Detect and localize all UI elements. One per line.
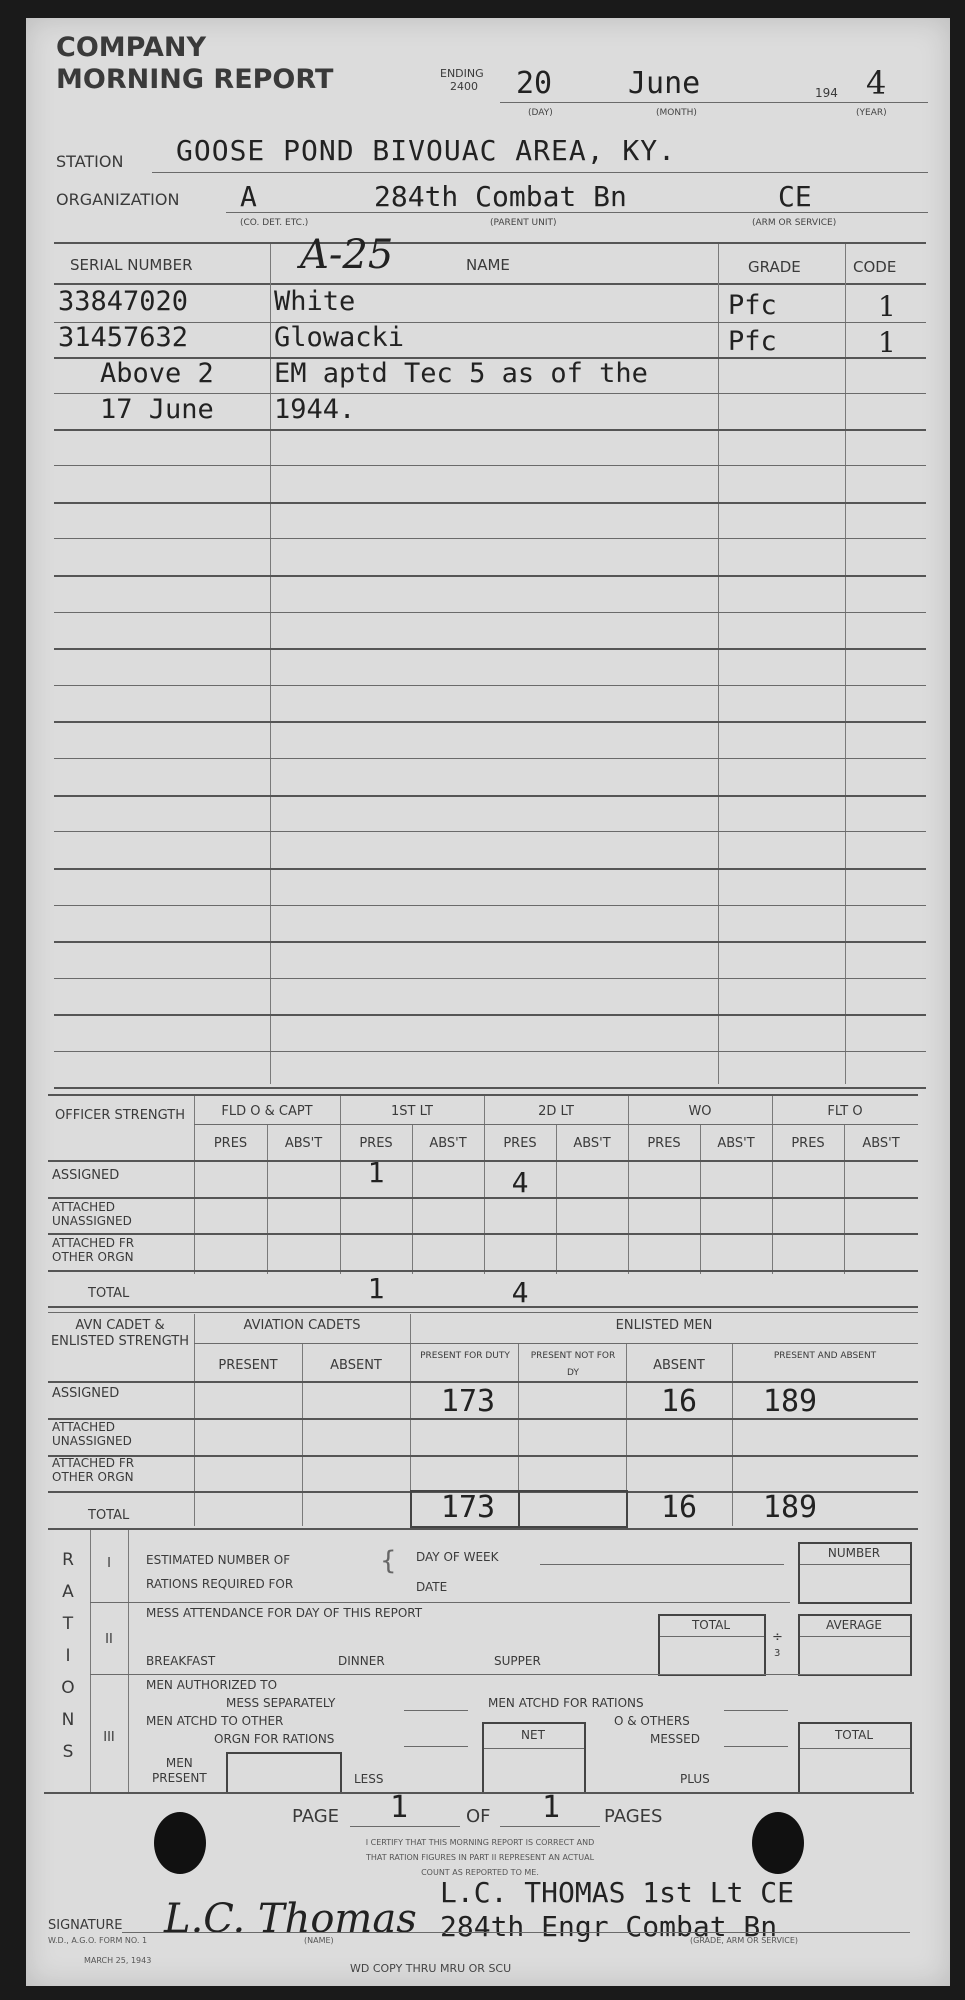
plus-label: PLUS — [680, 1772, 710, 1786]
group-fld-o-capt: FLD O & CAPT — [194, 1104, 340, 1119]
mess-separately-field[interactable] — [404, 1710, 468, 1711]
page-label: PAGE — [292, 1806, 339, 1827]
date-label: DATE — [416, 1580, 447, 1594]
row-rule — [54, 868, 926, 870]
col-cadets-present: PRESENT — [194, 1358, 302, 1373]
col-present-not-for-dy: PRESENT NOT FOR DY — [526, 1348, 620, 1382]
report-month: June — [628, 66, 700, 101]
form-date: MARCH 25, 1943 — [84, 1956, 151, 1965]
signer-name-grade: L.C. THOMAS 1st Lt CE — [440, 1876, 794, 1909]
row-attached-fr-label: ATTACHED FR OTHER ORGN — [52, 1456, 172, 1484]
station-underline — [152, 172, 928, 173]
sub-abst: ABS'T — [556, 1136, 628, 1151]
row-total-label: TOTAL — [88, 1286, 129, 1301]
row-rule — [54, 575, 926, 577]
soldier-name: Glowacki — [274, 322, 404, 353]
number-label: NUMBER — [798, 1546, 910, 1560]
grid-line — [48, 1455, 918, 1457]
of-label: OF — [466, 1806, 491, 1827]
group-wo: WO — [628, 1104, 772, 1119]
col-serial-number: SERIAL NUMBER — [70, 256, 193, 274]
punch-hole-right — [752, 1812, 804, 1874]
rations-letter: R — [56, 1544, 80, 1576]
divide-icon: ÷ — [772, 1630, 783, 1645]
sub-pres: PRES — [484, 1136, 556, 1151]
rations-side-label: R A T I O N S — [56, 1544, 80, 1768]
soldier-code: 1 — [878, 290, 896, 323]
soldier-grade: Pfc — [728, 290, 777, 321]
group-aviation-cadets: AVIATION CADETS — [194, 1318, 410, 1333]
total-label: TOTAL — [798, 1728, 910, 1742]
soldier-code: 1 — [878, 326, 896, 359]
roster-header-rule — [54, 283, 926, 285]
row-rule — [54, 1087, 926, 1089]
row-rule — [54, 685, 926, 686]
grade-caption: (GRADE, ARM OR SERVICE) — [690, 1936, 798, 1945]
rations-letter: N — [56, 1704, 80, 1736]
ending-time: 2400 — [440, 80, 484, 93]
enlisted-strength-title: AVN CADET & ENLISTED STRENGTH — [50, 1318, 190, 1350]
page-number: 1 — [390, 1790, 408, 1825]
grid-line — [48, 1381, 918, 1383]
page-total: 1 — [542, 1790, 560, 1825]
grid-line — [518, 1492, 520, 1526]
section-i-label: ESTIMATED NUMBER OF RATIONS REQUIRED FOR — [146, 1548, 293, 1596]
sub-pres: PRES — [340, 1136, 412, 1151]
total-1st-lt-pres: 1 — [340, 1272, 412, 1305]
page-total-field — [500, 1826, 600, 1827]
certify-line: THAT RATION FIGURES IN PART II REPRESENT… — [260, 1850, 700, 1865]
section-iii-number: III — [90, 1730, 128, 1745]
section-rule — [48, 1094, 918, 1096]
sub-abst: ABS'T — [844, 1136, 918, 1151]
copy-note: WD COPY THRU MRU OR SCU — [350, 1962, 511, 1975]
handwritten-note: A-25 — [300, 232, 393, 278]
col-present-and-absent: PRESENT AND ABSENT — [760, 1348, 890, 1365]
section-i-number: I — [90, 1556, 128, 1571]
organization-arm: CE — [778, 180, 812, 213]
row-rule — [54, 905, 926, 906]
signature-label: SIGNATURE — [48, 1918, 122, 1933]
row-attached-unassigned-label: ATTACHED UNASSIGNED — [52, 1420, 172, 1448]
assigned-absent: 16 — [626, 1384, 732, 1419]
row-rule — [54, 648, 926, 650]
row-rule — [54, 758, 926, 759]
col-enlisted-absent: ABSENT — [626, 1358, 732, 1373]
sub-abst: ABS'T — [700, 1136, 772, 1151]
section-rule — [48, 1312, 918, 1313]
dinner-label: DINNER — [338, 1654, 385, 1668]
ending-text: ENDING — [440, 67, 484, 80]
grid-line — [194, 1343, 918, 1344]
soldier-grade: Pfc — [728, 326, 777, 357]
report-year-digit: 4 — [866, 64, 886, 102]
grid-line — [732, 1344, 733, 1526]
grid-line — [800, 1636, 910, 1637]
assigned-present-for-duty: 173 — [418, 1384, 518, 1419]
row-assigned-label: ASSIGNED — [52, 1168, 119, 1183]
total-absent: 16 — [626, 1490, 732, 1525]
label-line: PRESENT — [152, 1771, 207, 1786]
organization-label: ORGANIZATION — [56, 190, 179, 209]
rations-letter: I — [56, 1640, 80, 1672]
mess-separately-label: MESS SEPARATELY — [226, 1696, 335, 1710]
roster-col-divider — [270, 244, 271, 1084]
col-code: CODE — [853, 258, 896, 276]
assigned-1st-lt-pres: 1 — [340, 1156, 412, 1189]
row-rule — [54, 502, 926, 504]
page-number-field — [350, 1826, 460, 1827]
col-present-for-duty: PRESENT FOR DUTY — [420, 1348, 510, 1365]
row-rule — [54, 1051, 926, 1052]
orgn-for-rations-field[interactable] — [404, 1746, 468, 1747]
divisor: 3 — [774, 1648, 780, 1659]
messed-label: MESSED — [650, 1732, 700, 1746]
rations-letter: O — [56, 1672, 80, 1704]
grid-line — [48, 1270, 918, 1272]
row-rule — [54, 429, 926, 431]
section-rule — [48, 1528, 918, 1530]
sub-abst: ABS'T — [412, 1136, 484, 1151]
punch-hole-left — [154, 1812, 206, 1874]
remark-text: 1944. — [274, 394, 355, 425]
breakfast-label: BREAKFAST — [146, 1654, 215, 1668]
section-rule — [44, 1792, 914, 1794]
day-of-week-label: DAY OF WEEK — [416, 1550, 499, 1564]
remark-text: Above 2 — [100, 358, 214, 389]
sub-abst: ABS'T — [267, 1136, 340, 1151]
average-label: AVERAGE — [798, 1618, 910, 1632]
men-present-box[interactable] — [226, 1752, 342, 1794]
grid-line — [194, 1096, 195, 1274]
organization-company: A — [240, 180, 257, 213]
sub-pres: PRES — [194, 1136, 267, 1151]
remark-text: EM aptd Tec 5 as of the — [274, 358, 648, 389]
grid-line — [660, 1636, 764, 1637]
row-rule — [54, 978, 926, 979]
remark-text: 17 June — [100, 394, 214, 425]
total-2d-lt-pres: 4 — [484, 1276, 556, 1309]
grid-line — [128, 1530, 129, 1792]
date-underline — [500, 102, 928, 103]
total-present-and-absent: 189 — [740, 1490, 840, 1525]
arm-caption: (ARM OR SERVICE) — [752, 218, 836, 228]
row-rule — [54, 795, 926, 797]
total-present-for-duty: 173 — [418, 1490, 518, 1525]
station-value: GOOSE POND BIVOUAC AREA, KY. — [176, 134, 676, 167]
form-number: W.D., A.G.O. FORM NO. 1 — [48, 1936, 147, 1945]
men-authorized-label: MEN AUTHORIZED TO — [146, 1678, 277, 1692]
label-line: ESTIMATED NUMBER OF — [146, 1548, 293, 1572]
day-of-week-field[interactable] — [540, 1564, 784, 1565]
grid-line — [484, 1748, 584, 1749]
col-name: NAME — [466, 256, 510, 274]
form-title: COMPANY MORNING REPORT — [56, 32, 333, 96]
roster-col-divider — [718, 244, 719, 1084]
signature: L.C. Thomas — [164, 1896, 417, 1942]
men-atchd-for-rations-label: MEN ATCHD FOR RATIONS — [488, 1696, 644, 1710]
group-1st-lt: 1ST LT — [340, 1104, 484, 1119]
men-present-label: MEN PRESENT — [152, 1756, 207, 1786]
roster-top-rule — [54, 242, 926, 244]
grid-line — [90, 1602, 790, 1603]
group-enlisted-men: ENLISTED MEN — [410, 1318, 918, 1333]
company-caption: (CO. DET. ETC.) — [240, 218, 308, 228]
row-rule — [54, 538, 926, 539]
sub-pres: PRES — [772, 1136, 844, 1151]
grid-line — [48, 1197, 918, 1199]
grid-line — [628, 1096, 629, 1274]
label-line: RATIONS REQUIRED FOR — [146, 1572, 293, 1596]
roster-col-divider — [845, 244, 846, 1084]
messed-field[interactable] — [724, 1746, 788, 1747]
grid-line — [772, 1096, 773, 1274]
assigned-2d-lt-pres: 4 — [484, 1166, 556, 1199]
title-line2: MORNING REPORT — [56, 64, 333, 96]
year-caption: (YEAR) — [856, 108, 887, 118]
o-others-label: O & OTHERS — [614, 1714, 690, 1728]
pages-label: PAGES — [604, 1806, 662, 1827]
year-prefix: 194 — [815, 86, 838, 100]
rations-letter: S — [56, 1736, 80, 1768]
grid-line — [800, 1564, 910, 1565]
assigned-present-and-absent: 189 — [740, 1384, 840, 1419]
brace-icon: { — [380, 1546, 397, 1576]
sub-pres: PRES — [628, 1136, 700, 1151]
rations-letter: T — [56, 1608, 80, 1640]
grid-line — [800, 1748, 910, 1749]
group-2d-lt: 2D LT — [484, 1104, 628, 1119]
row-attached-fr-label: ATTACHED FR OTHER ORGN — [52, 1236, 172, 1264]
rations-letter: A — [56, 1576, 80, 1608]
group-flt-o: FLT O — [772, 1104, 918, 1119]
serial-number: 33847020 — [58, 286, 188, 317]
day-caption: (DAY) — [528, 108, 553, 118]
row-rule — [54, 612, 926, 613]
organization-parent-unit: 284th Combat Bn — [374, 180, 627, 213]
grid-line — [48, 1418, 918, 1420]
certify-line: I CERTIFY THAT THIS MORNING REPORT IS CO… — [260, 1835, 700, 1850]
month-caption: (MONTH) — [656, 108, 697, 118]
grid-line — [48, 1160, 918, 1162]
grid-line — [90, 1674, 910, 1675]
label-line: MEN — [152, 1756, 207, 1771]
title-line1: COMPANY — [56, 32, 333, 64]
row-assigned-label: ASSIGNED — [52, 1386, 119, 1401]
supper-label: SUPPER — [494, 1654, 541, 1668]
certification-text: I CERTIFY THAT THIS MORNING REPORT IS CO… — [260, 1835, 700, 1880]
orgn-for-rations-label: ORGN FOR RATIONS — [214, 1732, 334, 1746]
row-rule — [54, 465, 926, 466]
men-atchd-for-rations-field[interactable] — [724, 1710, 788, 1711]
row-rule — [54, 941, 926, 943]
mess-attendance-title: MESS ATTENDANCE FOR DAY OF THIS REPORT — [146, 1606, 422, 1620]
signature-line — [122, 1932, 910, 1933]
ending-label: ENDING 2400 — [440, 67, 484, 93]
name-caption: (NAME) — [304, 1936, 334, 1945]
men-atchd-to-other-label: MEN ATCHD TO OTHER — [146, 1714, 283, 1728]
less-label: LESS — [354, 1772, 384, 1786]
parent-caption: (PARENT UNIT) — [490, 218, 557, 228]
col-cadets-absent: ABSENT — [302, 1358, 410, 1373]
serial-number: 31457632 — [58, 322, 188, 353]
grid-line — [48, 1233, 918, 1235]
grid-line — [194, 1124, 918, 1125]
row-attached-unassigned-label: ATTACHED UNASSIGNED — [52, 1200, 172, 1228]
row-rule — [54, 831, 926, 832]
grid-line — [194, 1314, 195, 1526]
row-rule — [54, 721, 926, 723]
net-label: NET — [482, 1728, 584, 1742]
station-label: STATION — [56, 152, 123, 171]
mess-total-label: TOTAL — [658, 1618, 764, 1632]
report-day: 20 — [516, 66, 552, 101]
section-rule — [48, 1306, 918, 1308]
row-total-label: TOTAL — [88, 1508, 129, 1523]
row-rule — [54, 1014, 926, 1016]
section-ii-number: II — [90, 1632, 128, 1647]
soldier-name: White — [274, 286, 355, 317]
officer-strength-title: OFFICER STRENGTH — [50, 1108, 190, 1124]
col-grade: GRADE — [748, 258, 801, 276]
